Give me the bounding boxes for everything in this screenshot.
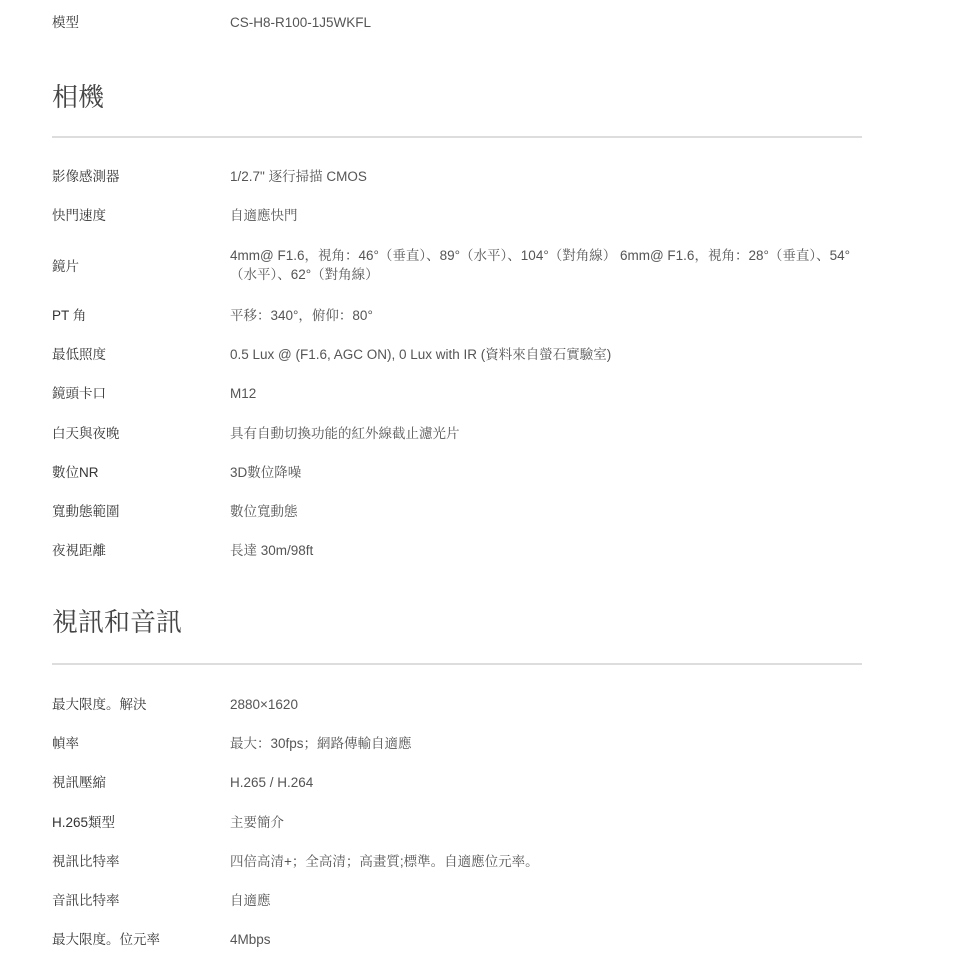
spec-value: 具有自動切換功能的紅外線截止濾光片: [230, 424, 860, 443]
spec-value: 數位寬動態: [230, 502, 860, 521]
spec-label: 幀率: [52, 734, 79, 753]
spec-value: 自適應快門: [230, 206, 860, 225]
spec-label: 寬動態範圍: [52, 502, 120, 521]
spec-label: 最大限度。位元率: [52, 930, 160, 949]
spec-value: 0.5 Lux @ (F1.6, AGC ON), 0 Lux with IR …: [230, 345, 860, 364]
spec-value: 4mm@ F1.6，視角：46°（垂直）、89°（水平）、104°（對角線） 6…: [230, 246, 855, 284]
spec-label: 快門速度: [52, 206, 106, 225]
spec-value: 自適應: [230, 891, 860, 910]
spec-label: 視訊壓縮: [52, 773, 106, 792]
section-divider: [52, 663, 862, 665]
spec-value: 主要簡介: [230, 813, 860, 832]
spec-label: 鏡頭卡口: [52, 384, 106, 403]
spec-value: 四倍高清+；全高清；高畫質;標準。自適應位元率。: [230, 852, 860, 871]
section-title-camera: 相機: [52, 81, 104, 113]
spec-value: 最大：30fps；網路傳輸自適應: [230, 734, 860, 753]
spec-value: 4Mbps: [230, 930, 860, 949]
spec-label: PT 角: [52, 306, 86, 325]
spec-label: 數位NR: [52, 463, 99, 482]
spec-label: 視訊比特率: [52, 852, 120, 871]
spec-value: H.265 / H.264: [230, 773, 860, 792]
spec-label: 最大限度。解決: [52, 695, 147, 714]
spec-label: 模型: [52, 13, 79, 32]
spec-label: 最低照度: [52, 345, 106, 364]
spec-label: 影像感測器: [52, 167, 120, 186]
spec-value: M12: [230, 384, 860, 403]
spec-value: 1/2.7" 逐行掃描 CMOS: [230, 167, 860, 186]
spec-value: 平移：340°，俯仰：80°: [230, 306, 860, 325]
spec-label: 鏡片: [52, 257, 79, 276]
spec-value: 2880×1620: [230, 695, 860, 714]
spec-label: 白天與夜晚: [52, 424, 120, 443]
section-divider: [52, 136, 862, 138]
spec-label: 夜視距離: [52, 541, 106, 560]
spec-value: CS-H8-R100-1J5WKFL: [230, 13, 860, 32]
section-title-video-audio: 視訊和音訊: [52, 606, 182, 638]
spec-label: 音訊比特率: [52, 891, 120, 910]
spec-label: H.265類型: [52, 813, 115, 832]
spec-value: 3D數位降噪: [230, 463, 860, 482]
spec-value: 長達 30m/98ft: [230, 541, 860, 560]
